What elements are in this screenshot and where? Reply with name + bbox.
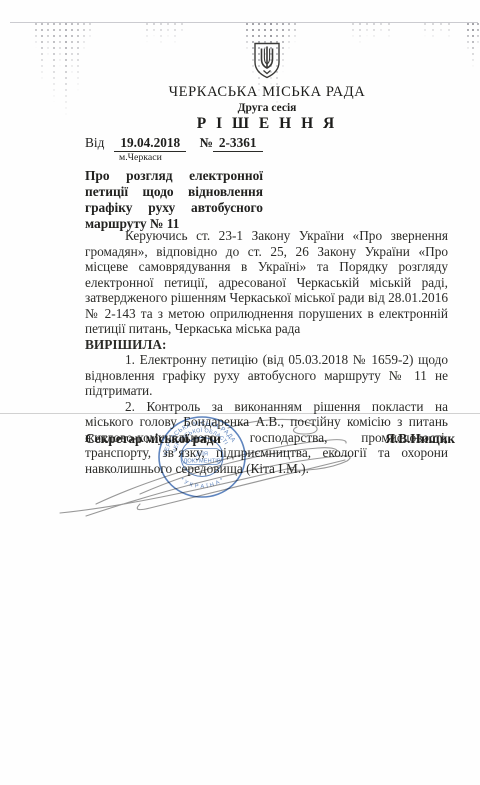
subject-line: Про розгляд електронної: [85, 168, 263, 184]
subject-line: петиції щодо відновлення: [85, 184, 263, 200]
document-header: ЧЕРКАСЬКА МІСЬКА РАДА Друга сесія Р І Ш …: [85, 42, 449, 133]
signature-row: Секретар міської ради Я.В.Нищик: [85, 431, 455, 447]
subject-block: Про розгляд електронної петиції щодо від…: [85, 168, 263, 232]
subject-line: графіку руху автобусного: [85, 200, 263, 216]
document-meta: Від 19.04.2018 №2-3361 м.Черкаси: [85, 135, 449, 163]
session-label: Друга сесія: [85, 102, 449, 114]
from-label: Від: [85, 135, 104, 150]
resolution-item-1: 1. Електронну петицію (від 05.03.2018 № …: [85, 352, 448, 399]
stamp-center-line2: ДОКУМЕНТІВ: [183, 459, 221, 465]
signatory-name: Я.В.Нищик: [385, 431, 455, 447]
stamp-center-line1: ДЛЯ: [196, 452, 208, 458]
council-name: ЧЕРКАСЬКА МІСЬКА РАДА: [85, 84, 449, 101]
official-stamp: ЧЕРКАСЬКА МІСЬКА РАДА ЧЕРКАСЬКОЇ ОБЛАСТІ…: [156, 414, 248, 500]
stamp-bottom-arc-text: * У К Р А Ї Н А *: [179, 477, 226, 490]
tryzub-shield-icon: [251, 42, 283, 79]
document-date: 19.04.2018: [114, 135, 186, 152]
number-label: №: [199, 135, 212, 150]
scanned-document-page: { "header": { "org": "ЧЕРКАСЬКА МІСЬКА Р…: [0, 0, 480, 785]
preamble-paragraph: Керуючись ст. 23-1 Закону України «Про з…: [85, 228, 448, 337]
scan-artifact-line: [10, 22, 478, 23]
document-number: 2-3361: [213, 135, 263, 152]
city-label: м.Черкаси: [119, 152, 449, 163]
resolved-label: ВИРІШИЛА:: [85, 337, 448, 353]
document-type-title: Р І Ш Е Н Н Я: [85, 115, 449, 133]
